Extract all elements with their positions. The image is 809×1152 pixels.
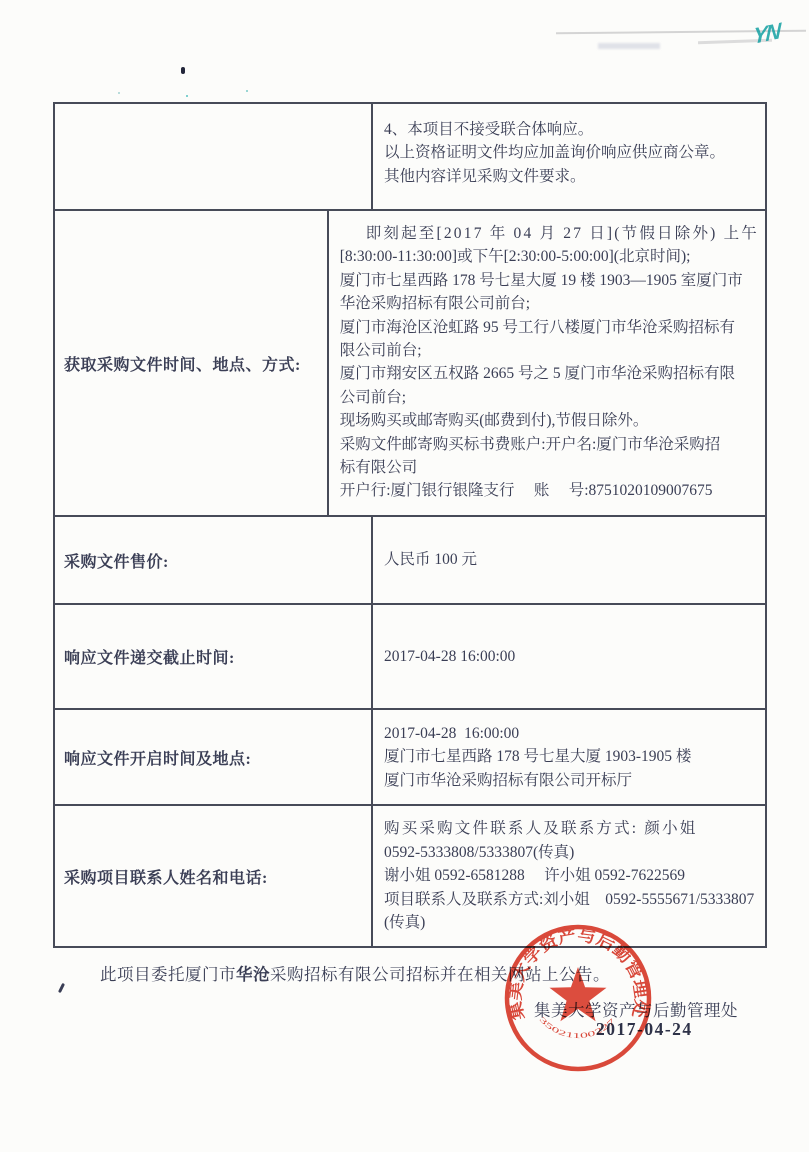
table-row-other-requirements: 4、本项目不接受联合体响应。 以上资格证明文件均应加盖询价响应供应商公章。 其他… — [55, 104, 765, 211]
handwritten-scribble: YN — [753, 18, 780, 50]
row-label-text: 获取采购文件时间、地点、方式: — [64, 352, 301, 375]
content-line: 其他内容详见采购文件要求。 — [384, 165, 759, 188]
content-line: 厦门市华沧采购招标有限公司开标厅 — [384, 769, 759, 792]
row-content: 2017-04-28 16:00:00 厦门市七星西路 178 号七星大厦 19… — [373, 710, 765, 804]
content-line: 采购文件邮寄购买标书费账户:开户名:厦门市华沧采购招 — [340, 433, 759, 456]
row-label-text: 采购文件售价: — [64, 549, 169, 572]
row-content: 即刻起至[2017 年 04 月 27 日](节假日除外) 上午 [8:30:0… — [329, 211, 765, 515]
row-label-text: 响应文件递交截止时间: — [64, 645, 235, 668]
row-content: 4、本项目不接受联合体响应。 以上资格证明文件均应加盖询价响应供应商公章。 其他… — [373, 104, 765, 209]
procurement-info-table: 4、本项目不接受联合体响应。 以上资格证明文件均应加盖询价响应供应商公章。 其他… — [53, 102, 767, 948]
content-line: [8:30:00-11:30:00]或下午[2:30:00-5:00:00](北… — [340, 245, 759, 268]
content-line: 人民币 100 元 — [384, 548, 759, 571]
scan-speck — [246, 90, 248, 92]
table-row-submission-deadline: 响应文件递交截止时间: 2017-04-28 16:00:00 — [55, 605, 765, 710]
content-line: 4、本项目不接受联合体响应。 — [384, 118, 759, 141]
content-line: 即刻起至[2017 年 04 月 27 日](节假日除外) 上午 — [340, 222, 759, 245]
content-line: 2017-04-28 16:00:00 — [384, 645, 759, 668]
seal-serial-number: 35021100227 — [538, 1015, 617, 1040]
content-line: 2017-04-28 16:00:00 — [384, 722, 759, 745]
note-text-bold: 华沧 — [236, 965, 270, 984]
svg-text:35021100227: 35021100227 — [538, 1015, 617, 1040]
scan-speck — [118, 92, 120, 94]
star-icon — [550, 967, 607, 1021]
table-row-opening-time-place: 响应文件开启时间及地点: 2017-04-28 16:00:00 厦门市七星西路… — [55, 710, 765, 806]
content-line: 厦门市七星西路 178 号七星大厦 1903-1905 楼 — [384, 745, 759, 768]
row-label: 采购项目联系人姓名和电话: — [55, 806, 373, 946]
content-line: 华沧采购招标有限公司前台; — [340, 292, 759, 315]
content-line: 标有限公司 — [340, 456, 759, 479]
row-label: 响应文件开启时间及地点: — [55, 710, 373, 804]
ink-dot — [181, 67, 185, 74]
table-row-document-acquisition: 获取采购文件时间、地点、方式: 即刻起至[2017 年 04 月 27 日](节… — [55, 211, 765, 517]
note-text: 此项目委托厦门市 — [100, 965, 236, 984]
content-line: 购买采购文件联系人及联系方式: 颜小姐 — [384, 817, 759, 840]
row-content: 人民币 100 元 — [373, 517, 765, 603]
scanned-document-page: YN 4、本项目不接受联合体响应。 以上资格证明文件均应加盖询价响应供应商公章。… — [0, 0, 809, 1152]
table-row-document-price: 采购文件售价: 人民币 100 元 — [55, 517, 765, 605]
scan-speck — [186, 95, 188, 97]
content-line: 厦门市七星西路 178 号七星大厦 19 楼 1903—1905 室厦门市 — [340, 269, 759, 292]
content-line: 项目联系人及联系方式:刘小姐 0592-5555671/5333807 — [384, 888, 759, 911]
official-red-seal: 集美大学资产与后勤管理处 35021100227 — [495, 913, 665, 1093]
content-line: 0592-5333808/5333807(传真) — [384, 841, 759, 864]
row-label: 获取采购文件时间、地点、方式: — [55, 211, 329, 515]
row-label — [55, 104, 373, 209]
scan-smudge — [598, 43, 660, 49]
content-line: 限公司前台; — [340, 339, 759, 362]
row-label: 采购文件售价: — [55, 517, 373, 603]
content-line: 公司前台; — [340, 386, 759, 409]
content-line: 开户行:厦门银行银隆支行 账 号:8751020109007675 — [340, 479, 759, 502]
row-content: 2017-04-28 16:00:00 — [373, 605, 765, 708]
pen-tick-mark — [58, 983, 65, 993]
content-line: 谢小姐 0592-6581288 许小姐 0592-7622569 — [384, 864, 759, 887]
content-line: 厦门市翔安区五权路 2665 号之 5 厦门市华沧采购招标有限 — [340, 362, 759, 385]
content-line: 现场购买或邮寄购买(邮费到付),节假日除外。 — [340, 409, 759, 432]
content-line: 厦门市海沧区沧虹路 95 号工行八楼厦门市华沧采购招标有 — [340, 316, 759, 339]
row-label: 响应文件递交截止时间: — [55, 605, 373, 708]
content-line: 以上资格证明文件均应加盖询价响应供应商公章。 — [384, 141, 759, 164]
row-label-text: 响应文件开启时间及地点: — [64, 746, 251, 769]
row-label-text: 采购项目联系人姓名和电话: — [64, 865, 268, 888]
